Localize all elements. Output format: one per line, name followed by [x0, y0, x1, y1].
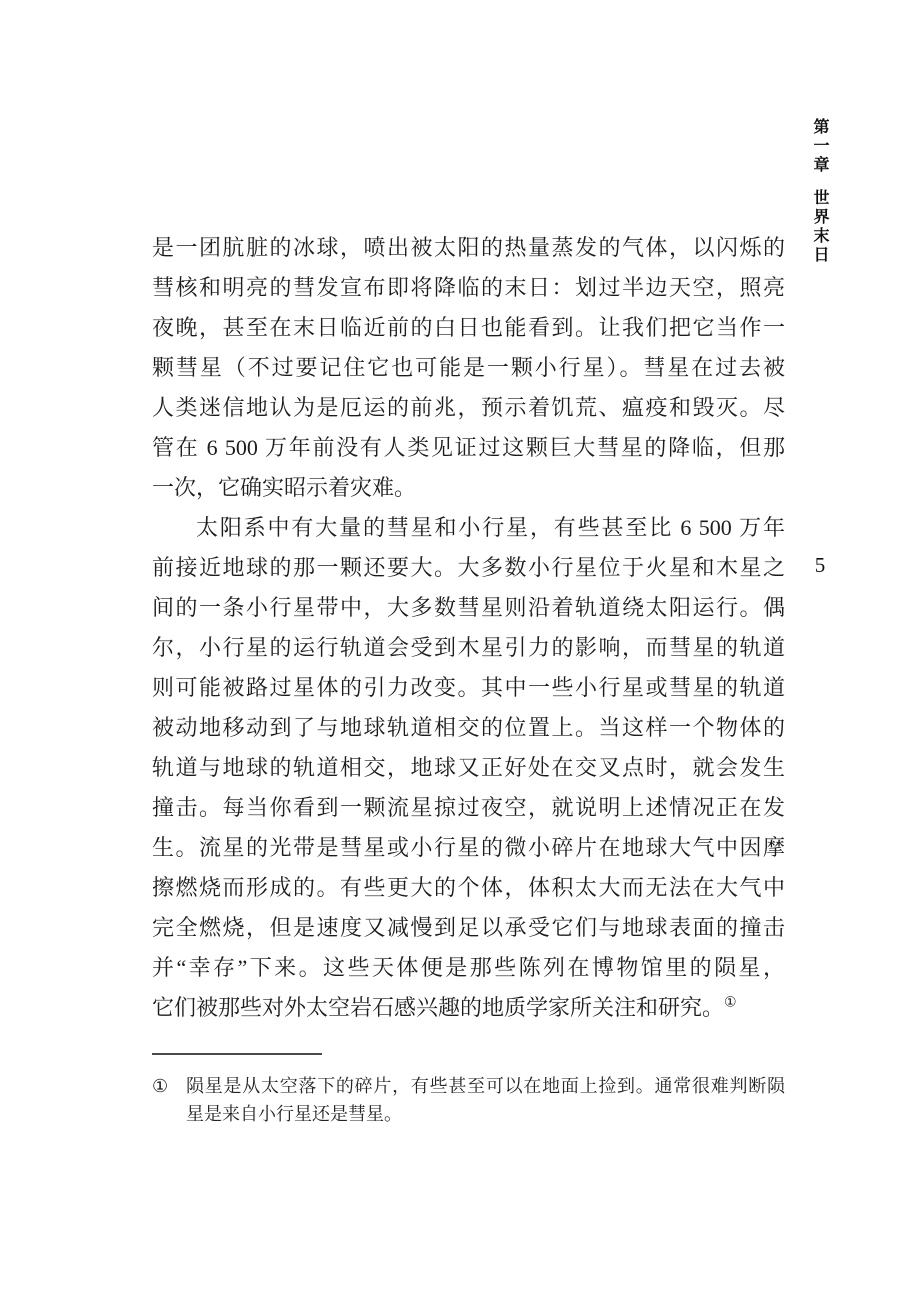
text-line: 夜晚，甚至在末日临近前的白日也能看到。让我们把它当作一	[152, 308, 785, 348]
text-line: 它们被那些对外太空岩石感兴趣的地质学家所关注和研究。①	[152, 988, 785, 1028]
footnote-ref: ①	[724, 996, 737, 1011]
text-line: 太阳系中有大量的彗星和小行星，有些甚至比 6 500 万年	[152, 508, 785, 548]
text-line: 撞击。每当你看到一颗流星掠过夜空，就说明上述情况正在发	[152, 788, 785, 828]
text-line: 并“幸存”下来。这些天体便是那些陈列在博物馆里的陨星，	[152, 948, 785, 988]
chapter-number: 第一章	[811, 118, 830, 175]
body-text: 是一团肮脏的冰球，喷出被太阳的热量蒸发的气体，以闪烁的彗核和明亮的彗发宣布即将降…	[152, 228, 785, 1028]
text-line: 管在 6 500 万年前没有人类见证过这颗巨大彗星的降临，但那	[152, 428, 785, 468]
chapter-title: 世界末日	[811, 189, 830, 265]
footnote-marker: ①	[152, 1072, 186, 1128]
text-line: 轨道与地球的轨道相交，地球又正好处在交叉点时，就会发生	[152, 748, 785, 788]
text-line: 人类迷信地认为是厄运的前兆，预示着饥荒、瘟疫和毁灭。尽	[152, 388, 785, 428]
text-line: 完全燃烧，但是速度又减慢到足以承受它们与地球表面的撞击	[152, 908, 785, 948]
chapter-header: 第一章世界末日	[809, 118, 832, 418]
text-line: 彗核和明亮的彗发宣布即将降临的末日：划过半边天空，照亮	[152, 268, 785, 308]
text-line: 生。流星的光带是彗星或小行星的微小碎片在地球大气中因摩	[152, 828, 785, 868]
footnote-line: 星是来自小行星还是彗星。	[186, 1100, 785, 1128]
text-line: 间的一条小行星带中，大多数彗星则沿着轨道绕太阳运行。偶	[152, 588, 785, 628]
text-line: 擦燃烧而形成的。有些更大的个体，体积太大而无法在大气中	[152, 868, 785, 908]
text-line: 则可能被路过星体的引力改变。其中一些小行星或彗星的轨道	[152, 668, 785, 708]
page-number: 5	[806, 553, 834, 578]
text-line: 一次，它确实昭示着灾难。	[152, 468, 785, 508]
text-line: 颗彗星（不过要记住它也可能是一颗小行星）。彗星在过去被	[152, 348, 785, 388]
book-page: 第一章世界末日 5 是一团肮脏的冰球，喷出被太阳的热量蒸发的气体，以闪烁的彗核和…	[0, 0, 900, 1289]
footnote-text: 陨星是从太空落下的碎片，有些甚至可以在地面上捡到。通常很难判断陨星是来自小行星还…	[186, 1072, 785, 1128]
footnote-divider	[152, 1053, 322, 1055]
text-line: 前接近地球的那一颗还要大。大多数小行星位于火星和木星之	[152, 548, 785, 588]
text-line: 是一团肮脏的冰球，喷出被太阳的热量蒸发的气体，以闪烁的	[152, 228, 785, 268]
footnote: ① 陨星是从太空落下的碎片，有些甚至可以在地面上捡到。通常很难判断陨星是来自小行…	[152, 1072, 785, 1128]
text-line: 被动地移动到了与地球轨道相交的位置上。当这样一个物体的	[152, 708, 785, 748]
footnote-line: 陨星是从太空落下的碎片，有些甚至可以在地面上捡到。通常很难判断陨	[186, 1072, 785, 1100]
text-line: 尔，小行星的运行轨道会受到木星引力的影响，而彗星的轨道	[152, 628, 785, 668]
